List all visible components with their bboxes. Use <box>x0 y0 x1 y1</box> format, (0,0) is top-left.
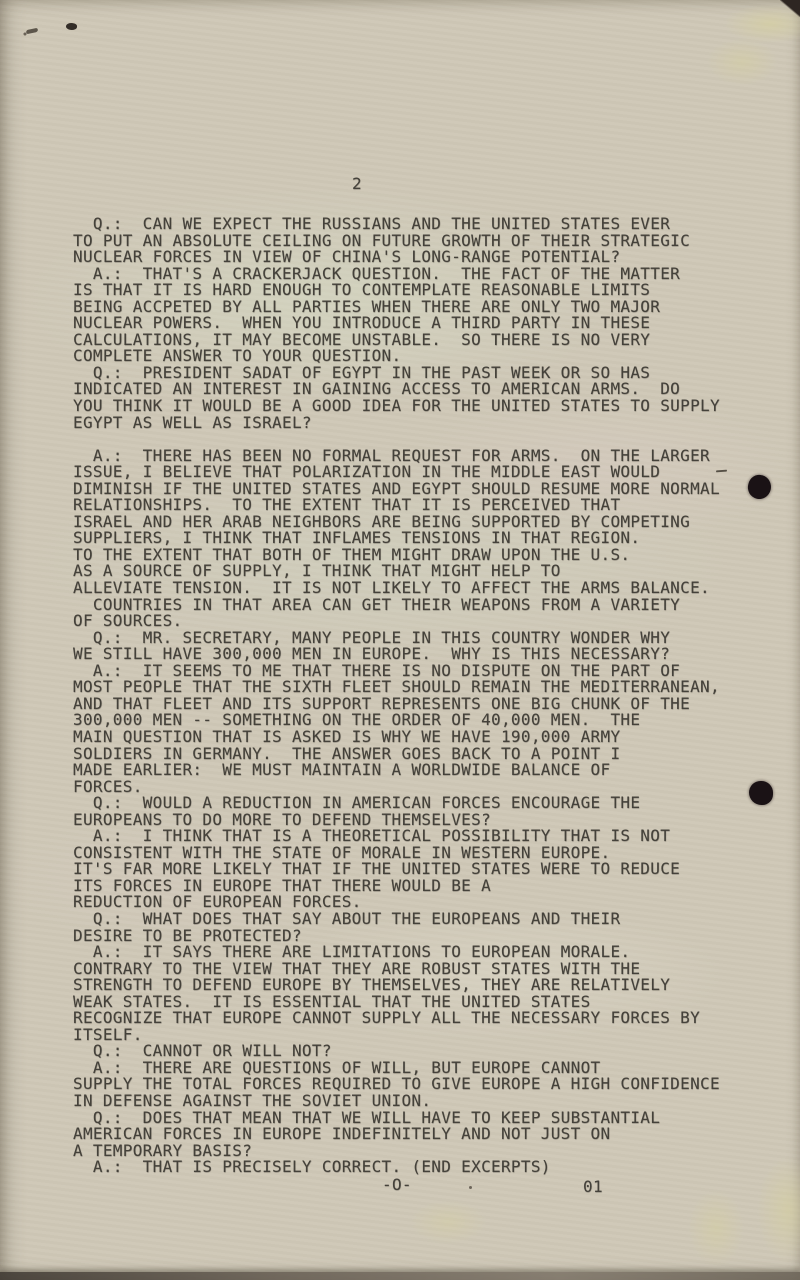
page-number: 2 <box>352 176 362 193</box>
footer-page-code: 01 <box>583 1179 603 1196</box>
ink-blot-mark <box>66 22 78 30</box>
stray-pen-dash <box>716 470 727 473</box>
hole-punch-bottom <box>749 781 773 805</box>
document-page: 2 Q.: CAN WE EXPECT THE RUSSIANS AND THE… <box>0 0 800 1280</box>
hole-punch-top <box>745 473 773 502</box>
footer-separator: -O- <box>382 1177 412 1194</box>
transcript-text: Q.: CAN WE EXPECT THE RUSSIANS AND THE U… <box>73 216 720 1176</box>
ink-smudge-mark <box>26 28 39 34</box>
page-edge-shadow <box>0 1272 800 1280</box>
paper-speck <box>469 1186 472 1189</box>
page-corner-fold <box>780 0 800 17</box>
